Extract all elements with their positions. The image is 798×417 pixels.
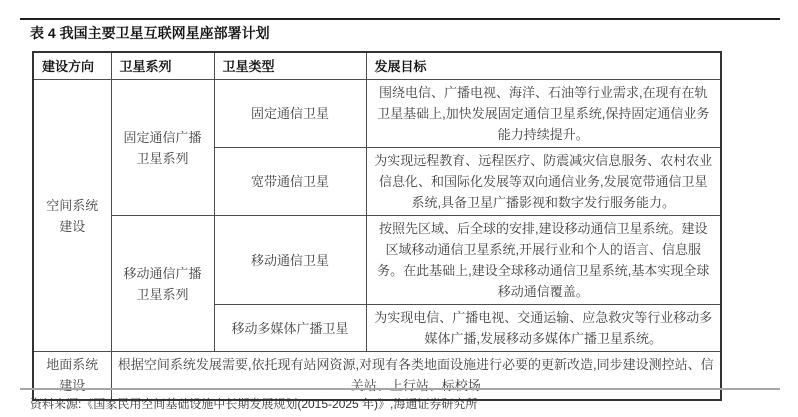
cell-goal-ground-system: 根据空间系统发展需要,依托现有站网资源,对现有各类地面设施进行必要的更新改造,同… bbox=[111, 352, 721, 400]
cell-type-mobile-multimedia: 移动多媒体广播卫星 bbox=[214, 305, 366, 352]
table-header-row: 建设方向 卫星系列 卫星类型 发展目标 bbox=[33, 52, 721, 80]
figure-bottom-rule bbox=[20, 388, 780, 390]
figure-top-rule bbox=[20, 18, 780, 20]
report-page: { "page": { "title": "表 4 我国主要卫星互联网星座部署计… bbox=[0, 0, 798, 417]
col-header-series: 卫星系列 bbox=[111, 52, 214, 80]
cell-goal-mobile-multimedia: 为实现电信、广播电视、交通运输、应急救灾等行业移动多媒体广播,发展移动多媒体广播… bbox=[366, 305, 721, 352]
table-row: 移动通信广播 卫星系列 移动通信卫星 按照先区域、后全球的安排,建设移动通信卫星… bbox=[33, 216, 721, 305]
cell-direction-space-system: 空间系统 建设 bbox=[33, 80, 111, 352]
deployment-table: 建设方向 卫星系列 卫星类型 发展目标 空间系统 建设 固定通信广播 卫星系列 … bbox=[32, 51, 722, 401]
cell-type-fixed-comm: 固定通信卫星 bbox=[214, 80, 366, 148]
col-header-type: 卫星类型 bbox=[214, 52, 366, 80]
cell-type-mobile-comm: 移动通信卫星 bbox=[214, 216, 366, 305]
cell-type-broadband-comm: 宽带通信卫星 bbox=[214, 148, 366, 216]
col-header-direction: 建设方向 bbox=[33, 52, 111, 80]
cell-goal-fixed-comm: 围绕电信、广播电视、海洋、石油等行业需求,在现有在轨卫星基础上,加快发展固定通信… bbox=[366, 80, 721, 148]
cell-goal-broadband-comm: 为实现远程教育、远程医疗、防震减灾信息服务、农村农业信息化、和国际化发展等双向通… bbox=[366, 148, 721, 216]
cell-direction-ground-system: 地面系统 建设 bbox=[33, 352, 111, 400]
table-row: 地面系统 建设 根据空间系统发展需要,依托现有站网资源,对现有各类地面设施进行必… bbox=[33, 352, 721, 400]
table-row: 空间系统 建设 固定通信广播 卫星系列 固定通信卫星 围绕电信、广播电视、海洋、… bbox=[33, 80, 721, 148]
cell-goal-mobile-comm: 按照先区域、后全球的安排,建设移动通信卫星系统。建设区域移动通信卫星系统,开展行… bbox=[366, 216, 721, 305]
cell-series-fixed: 固定通信广播 卫星系列 bbox=[111, 80, 214, 216]
cell-series-mobile: 移动通信广播 卫星系列 bbox=[111, 216, 214, 352]
page-title: 表 4 我国主要卫星互联网星座部署计划 bbox=[30, 23, 270, 43]
source-note: 资料来源:《国家民用空间基础设施中长期发展规划(2015-2025 年)》,海通… bbox=[30, 395, 477, 412]
col-header-goal: 发展目标 bbox=[366, 52, 721, 80]
